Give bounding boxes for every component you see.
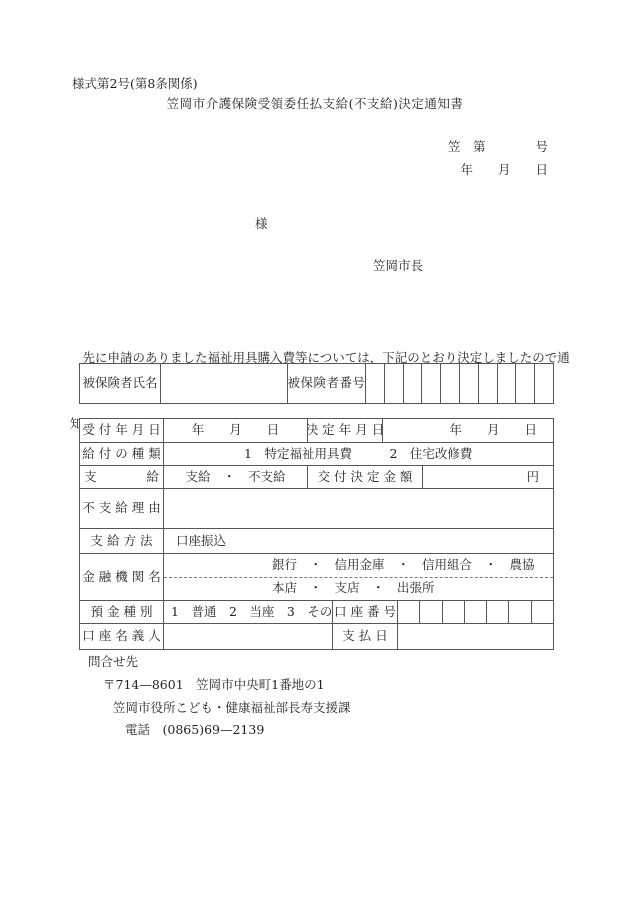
document-title: 笠岡市介護保険受領委任払支給(不支給)決定通知書: [0, 96, 630, 113]
contact-heading: 問合せ先: [88, 654, 138, 671]
contact-office: 笠岡市役所こども・健康福祉部長寿支援課: [113, 700, 351, 717]
digit-cell: [420, 601, 442, 623]
benefit-type-label-cell: 給 付 の 種 類: [80, 443, 164, 465]
digit-cell: [498, 364, 517, 403]
digit-cell: [479, 364, 498, 403]
digit-cell: [487, 601, 509, 623]
account-holder-row: 口 座 名 義 人 支 払 日: [80, 624, 553, 649]
financial-institution-label-cell: 金 融 機 関 名: [80, 554, 164, 600]
doc-number-line: 笠 第 号: [448, 139, 548, 156]
contact-address: 〒714—8601 笠岡市中央町1番地の1: [103, 677, 325, 694]
payment-method-label-cell: 支 給 方 法: [80, 529, 164, 553]
grant-amount-label-cell: 交 付 決 定 金 額: [308, 466, 423, 488]
deposit-type-row: 預 金 種 別 1 普通 2 当座 3 その他 口 座 番 号: [80, 601, 553, 624]
insured-number-digit-cells: [366, 364, 553, 403]
payment-day-value-cell: [398, 624, 553, 649]
financial-institution-row: 金 融 機 関 名 銀行 ・ 信用金庫 ・ 信用組合 ・ 農協 本店 ・ 支店 …: [80, 554, 553, 601]
deposit-type-value-cell: 1 普通 2 当座 3 その他: [164, 601, 333, 623]
receipt-date-label-cell: 受 付 年 月 日: [80, 419, 164, 442]
digit-cell: [532, 601, 553, 623]
digit-cell: [509, 601, 531, 623]
digit-cell: [443, 601, 465, 623]
receipt-date-value-cell: 年 月 日: [164, 419, 308, 442]
account-number-label-cell: 口 座 番 号: [333, 601, 398, 623]
doc-date-line: 年 月 日: [460, 162, 548, 179]
form-number: 様式第2号(第8条関係): [72, 76, 198, 93]
benefit-type-value-cell: 1 特定福祉用具費 2 住宅改修費: [164, 443, 553, 465]
insured-name-value-cell: [161, 364, 288, 403]
payment-label-cell: 支 給: [80, 466, 164, 488]
digit-cell: [535, 364, 553, 403]
document-page: 様式第2号(第8条関係) 笠岡市介護保険受領委任払支給(不支給)決定通知書 笠 …: [0, 0, 630, 903]
no-payment-reason-row: 不 支 給 理 由: [80, 489, 553, 529]
account-number-digit-cells: [398, 601, 553, 623]
payment-method-value-cell: 口座振込: [164, 529, 553, 553]
branch-type-options: 本店 ・ 支店 ・ 出張所: [164, 578, 553, 601]
addressee-suffix: 様: [255, 216, 268, 233]
insured-row: 被保険者氏名 被保険者番号: [80, 364, 553, 403]
digit-cell: [366, 364, 385, 403]
digit-cell: [404, 364, 423, 403]
account-holder-label-cell: 口 座 名 義 人: [80, 624, 164, 649]
bank-type-options: 銀行 ・ 信用金庫 ・ 信用組合 ・ 農協: [164, 554, 553, 578]
digit-cell: [516, 364, 535, 403]
insured-number-label-cell: 被保険者番号: [288, 364, 366, 403]
digit-cell: [398, 601, 420, 623]
contact-phone: 電話 (0865)69—2139: [125, 722, 264, 739]
decision-table: 受 付 年 月 日 年 月 日 決 定 年 月 日 年 月 日 給 付 の 種 …: [79, 418, 554, 650]
decision-date-value-cell: 年 月 日: [383, 419, 553, 442]
digit-cell: [441, 364, 460, 403]
digit-cell: [465, 601, 487, 623]
grant-amount-value-cell: 円: [423, 466, 553, 488]
insured-person-table: 被保険者氏名 被保険者番号: [79, 363, 554, 404]
receipt-date-row: 受 付 年 月 日 年 月 日 決 定 年 月 日 年 月 日: [80, 419, 553, 443]
payment-row: 支 給 支給 ・ 不支給 交 付 決 定 金 額 円: [80, 466, 553, 489]
benefit-type-row: 給 付 の 種 類 1 特定福祉用具費 2 住宅改修費: [80, 443, 553, 466]
no-payment-reason-value-cell: [164, 489, 553, 528]
digit-cell: [460, 364, 479, 403]
payment-method-row: 支 給 方 法 口座振込: [80, 529, 553, 554]
financial-institution-value-cell: 銀行 ・ 信用金庫 ・ 信用組合 ・ 農協 本店 ・ 支店 ・ 出張所: [164, 554, 553, 600]
payment-value-cell: 支給 ・ 不支給: [164, 466, 308, 488]
digit-cell: [385, 364, 404, 403]
account-holder-value-cell: [164, 624, 333, 649]
sender-name: 笠岡市長: [373, 258, 423, 275]
digit-cell: [422, 364, 441, 403]
insured-name-label-cell: 被保険者氏名: [80, 364, 161, 403]
decision-date-label-cell: 決 定 年 月 日: [308, 419, 383, 442]
no-payment-reason-label-cell: 不 支 給 理 由: [80, 489, 164, 528]
payment-day-label-cell: 支 払 日: [333, 624, 398, 649]
deposit-type-label-cell: 預 金 種 別: [80, 601, 164, 623]
